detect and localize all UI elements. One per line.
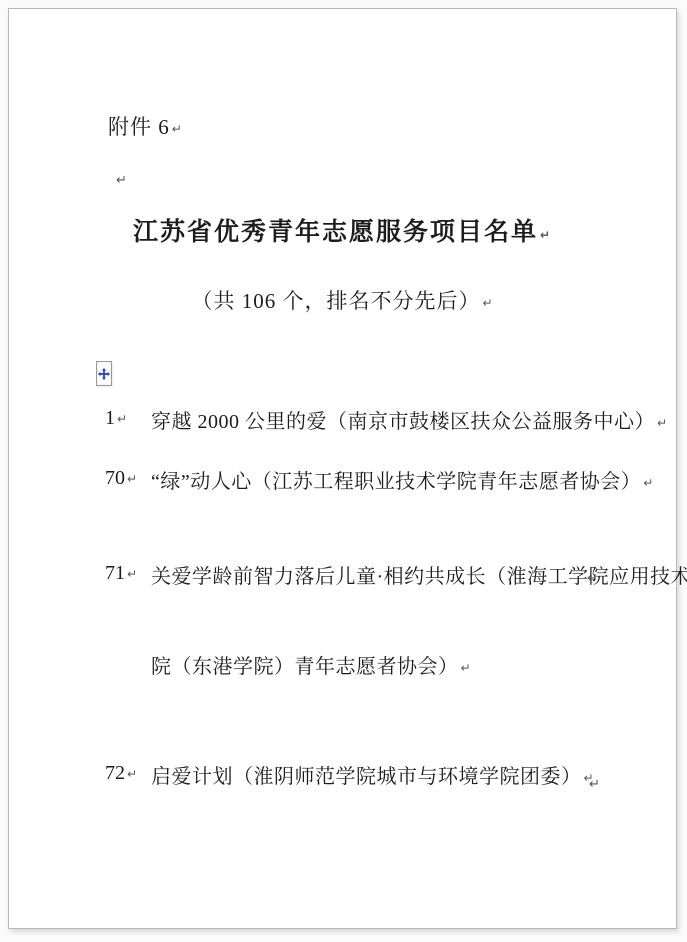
cell-mark-icon: ↵ xyxy=(115,412,127,426)
page-subtitle: （共 106 个，排名不分先后）↵ xyxy=(9,285,676,315)
row-end-mark-icon: ↵ xyxy=(589,777,600,792)
return-mark-icon: ↵ xyxy=(655,416,668,430)
item-number: 72↵ xyxy=(105,762,137,785)
attachment-label: 附件 6↵ xyxy=(108,111,183,141)
item-number: 71↵ xyxy=(105,562,137,585)
object-move-handle-icon[interactable] xyxy=(96,361,112,386)
item-number: 1↵ xyxy=(105,407,127,430)
cell-mark-icon: ↵ xyxy=(125,472,137,486)
item-text: 关爱学龄前智力落后儿童·相约共成长（淮海工学院应用技术学 院（东港学院）青年志愿… xyxy=(151,562,687,684)
return-mark-icon: ↵ xyxy=(116,173,127,188)
attachment-label-text: 附件 6 xyxy=(108,115,170,139)
item-text: 穿越 2000 公里的爱（南京市鼓楼区扶众公益服务中心）↵ xyxy=(151,407,668,439)
item-text: 启爱计划（淮阴师范学院城市与环境学院团委）↵ xyxy=(151,762,594,794)
page-title: 江苏省优秀青年志愿服务项目名单↵ xyxy=(9,212,676,248)
return-mark-icon: ↵ xyxy=(170,122,183,136)
item-text-line: 院（东港学院）青年志愿者协会） xyxy=(151,656,459,678)
cell-mark-icon: ↵ xyxy=(125,767,137,781)
return-mark-icon: ↵ xyxy=(480,296,493,310)
document-page: 附件 6↵ ↵ 江苏省优秀青年志愿服务项目名单↵ （共 106 个，排名不分先后… xyxy=(8,8,677,929)
row-end-mark-icon: ↵ xyxy=(587,571,598,586)
row-end-mark-icon: ↵ xyxy=(587,479,598,494)
return-mark-icon: ↵ xyxy=(538,228,552,242)
return-mark-icon: ↵ xyxy=(641,476,654,490)
item-number: 70↵ xyxy=(105,467,137,490)
move-arrows-glyph xyxy=(98,368,110,380)
item-number-text: 1 xyxy=(105,407,115,429)
page-subtitle-text: （共 106 个，排名不分先后） xyxy=(191,289,480,313)
item-text-line: “绿”动人心（江苏工程职业技术学院青年志愿者协会） xyxy=(151,471,641,493)
item-number-text: 71 xyxy=(105,562,125,584)
item-text-line: 穿越 2000 公里的爱（南京市鼓楼区扶众公益服务中心） xyxy=(151,411,655,433)
item-text-line: 启爱计划（淮阴师范学院城市与环境学院团委） xyxy=(151,766,582,788)
page-title-text: 江苏省优秀青年志愿服务项目名单 xyxy=(133,219,538,246)
item-text-line: 关爱学龄前智力落后儿童·相约共成长（淮海工学院应用技术学 xyxy=(151,566,687,588)
item-number-text: 70 xyxy=(105,467,125,489)
cell-mark-icon: ↵ xyxy=(125,567,137,581)
return-mark-icon: ↵ xyxy=(459,661,472,675)
item-number-text: 72 xyxy=(105,762,125,784)
item-text: “绿”动人心（江苏工程职业技术学院青年志愿者协会）↵ xyxy=(151,467,654,499)
